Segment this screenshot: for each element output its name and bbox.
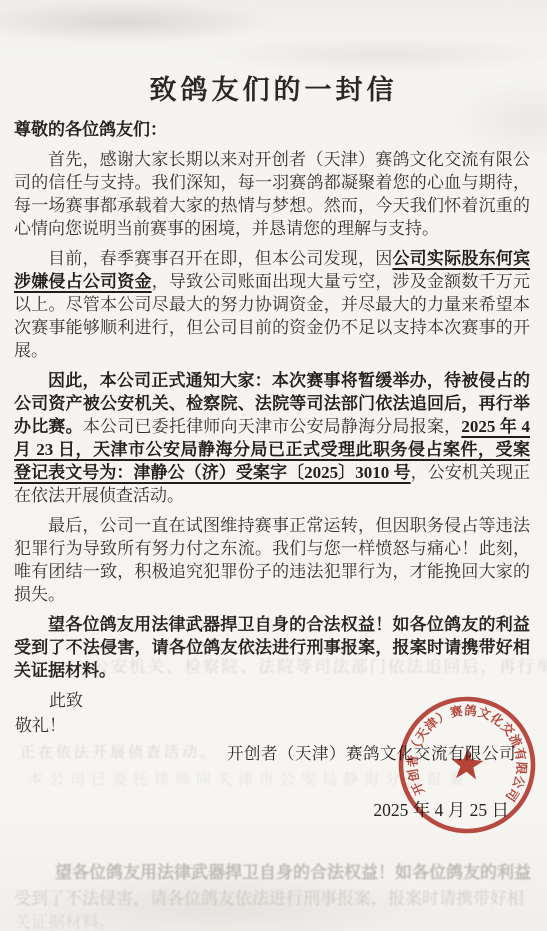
- closing-salute: 此致: [49, 686, 83, 711]
- paragraph-3: 因此，本公司正式通知大家：本次赛事将暂缓举办，待被侵占的公司资产被公安机关、检察…: [14, 369, 530, 507]
- letter-body: 尊敬的各位鸽友们： 首先，感谢大家长期以来对开创者（天津）赛鸽文化交流有限公司的…: [14, 118, 530, 682]
- paragraph-1: 首先，感谢大家长期以来对开创者（天津）赛鸽文化交流有限公司的信任与支持。我们深知…: [14, 148, 530, 240]
- salutation: 尊敬的各位鸽友们：: [14, 118, 530, 141]
- letter-page: 致鸽友们的一封信 尊敬的各位鸽友们： 首先，感谢大家长期以来对开创者（天津）赛鸽…: [0, 0, 547, 931]
- bleedthrough-bottom-line-3: 关证据材料。: [14, 908, 116, 931]
- letter-title: 致鸽友们的一封信: [0, 68, 547, 107]
- paragraph-2: 目前，春季赛事召开在即，但本公司发现，因公司实际股东何宾涉嫌侵占公司资金，导致公…: [14, 247, 530, 362]
- bleedthrough-bottom-line-1: 望各位鸽友用法律武器捍卫自身的合法权益！如各位鸽友的利益: [55, 858, 531, 883]
- bleedthrough-bottom-line-2: 受到了不法侵害，请各位鸽友依法进行刑事报案，报案时请携带好相: [14, 884, 524, 909]
- seal-star-icon: [450, 747, 484, 780]
- bleedthrough-left-line-1: 正在依法开展侦查活动。: [20, 741, 218, 762]
- paragraph-2-text: 目前，春季赛事召开在即，但本公司发现，因: [48, 249, 392, 268]
- bleedthrough-mid-line: 公安机关、检察院、法院等司法部门依法追回后，再行举: [92, 653, 547, 677]
- closing-regards: 敬礼！: [15, 711, 66, 736]
- paragraph-3-text: 本公司已委托律师向天津市公安局静海分局报案，: [83, 417, 462, 436]
- company-seal: 开创者（天津）赛鸽文化交流有限公司: [391, 689, 543, 841]
- paragraph-4: 最后，公司一直在试图维持赛事正常运转，但因职务侵占等违法犯罪行为导致所有努力付之…: [14, 514, 530, 606]
